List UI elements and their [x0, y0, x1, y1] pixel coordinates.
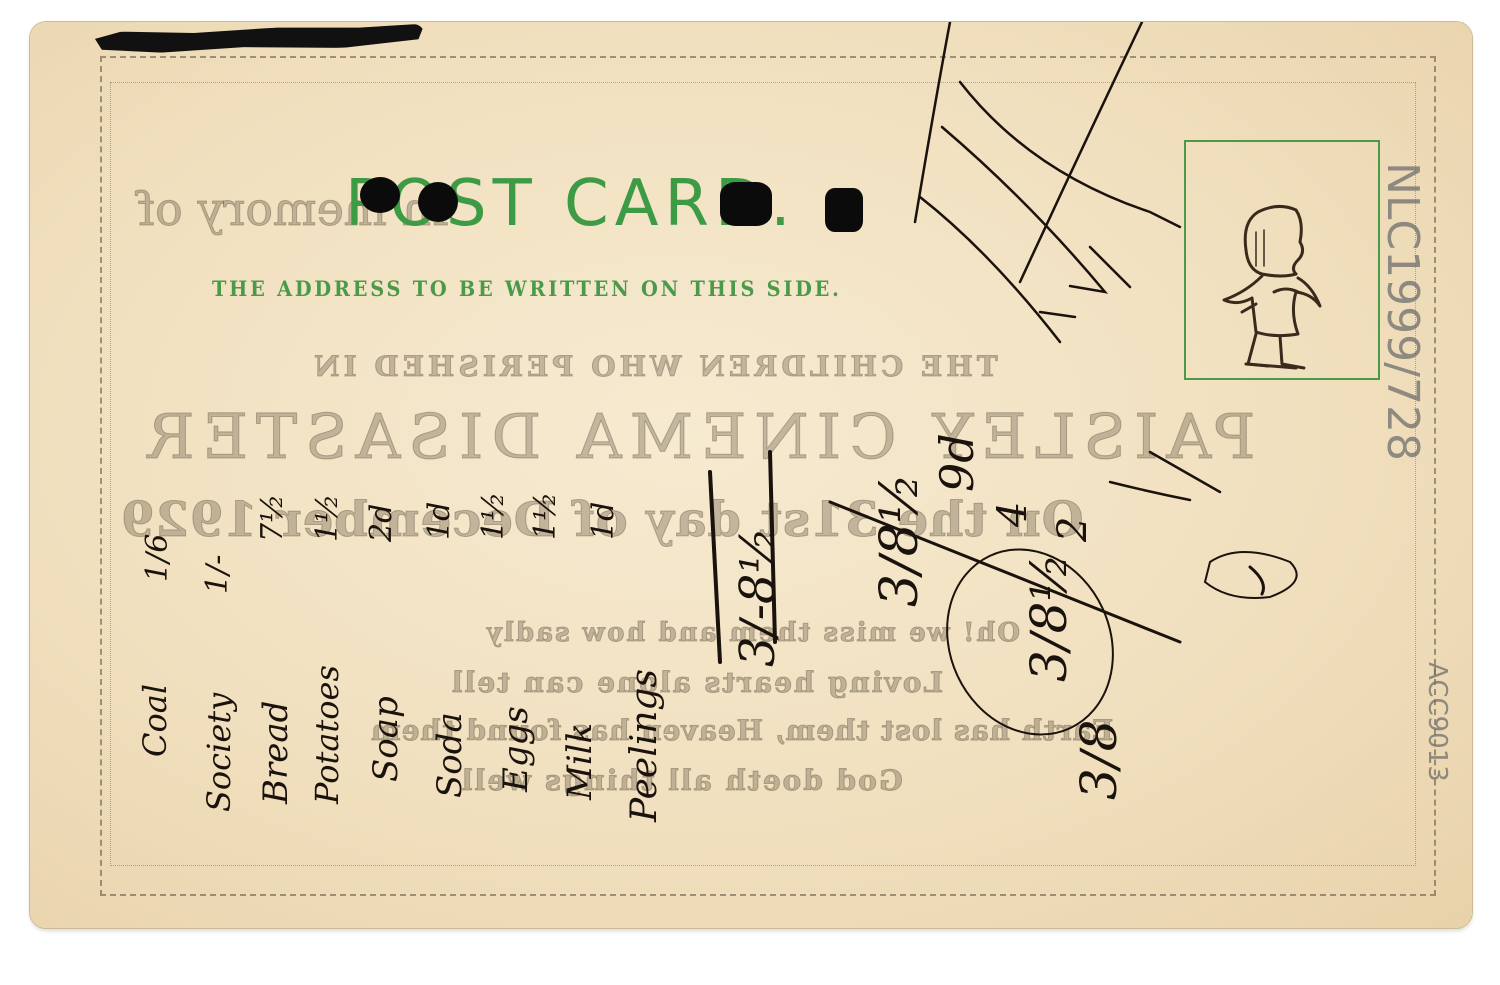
postcard: In memory of THE CHILDREN WHO PERISHED I…	[30, 22, 1472, 928]
ink-strokes	[30, 22, 1472, 928]
